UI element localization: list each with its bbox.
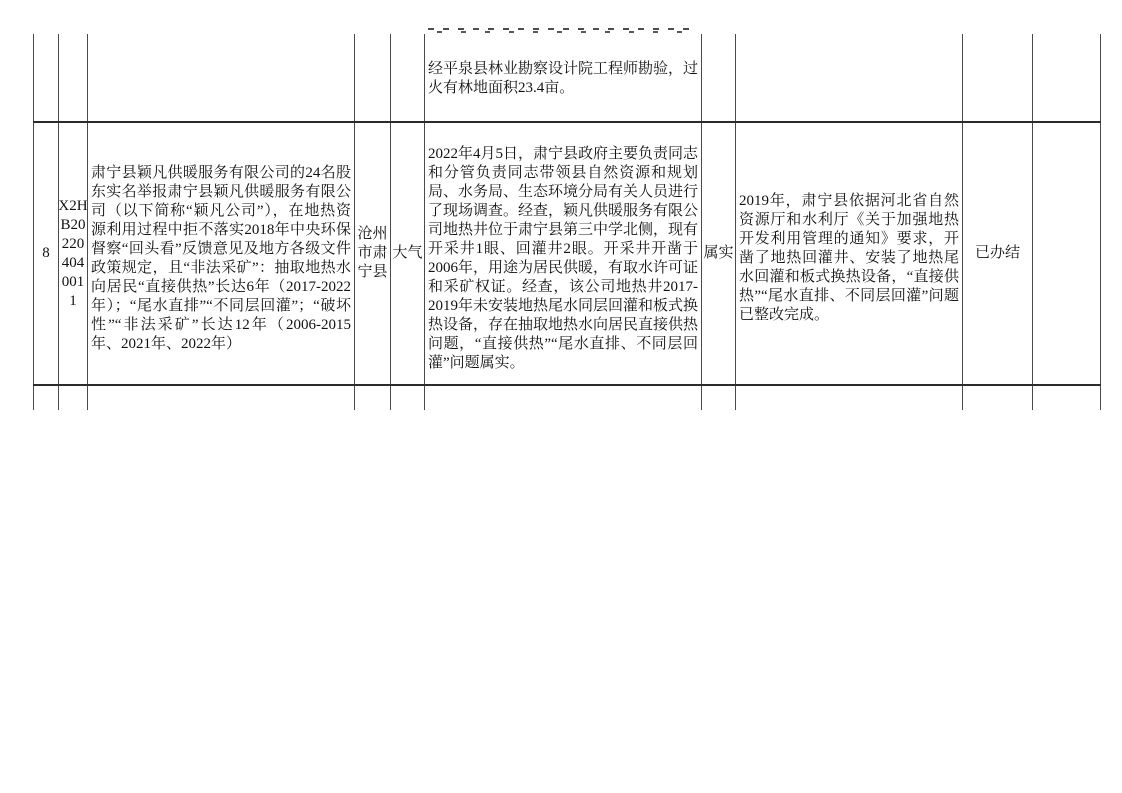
category-text: 大气	[392, 244, 422, 263]
cell-region: 沧州市肃宁县	[355, 123, 391, 384]
investigation-tail-text: 经平泉县林业勘察设计院工程师勘验，过火有林地面积23.4亩。	[428, 60, 698, 98]
row-8: 8 X2H B20 220 404 001 1 肃宁县颖凡供暖服务有限公司的24…	[33, 123, 1101, 386]
cell-complaint	[88, 386, 355, 410]
region-text: 沧州市肃宁县	[356, 225, 389, 282]
cell-serial	[33, 386, 59, 410]
cell-case-number	[59, 386, 88, 410]
row-next-partial	[33, 386, 1101, 410]
cell-serial: 8	[33, 123, 59, 384]
cell-category	[391, 386, 425, 410]
cell-category	[391, 34, 425, 121]
cell-handling	[736, 34, 963, 121]
clipped-text-remnant	[428, 31, 692, 33]
cell-handling	[736, 386, 963, 410]
cell-case-number	[59, 34, 88, 121]
cell-investigation-continued: 经平泉县林业勘察设计院工程师勘验，过火有林地面积23.4亩。	[425, 34, 702, 121]
cell-status	[963, 386, 1033, 410]
status-text: 已办结	[975, 244, 1020, 263]
cell-blank	[1033, 386, 1101, 410]
cell-verification	[702, 34, 736, 121]
cell-case-number: X2H B20 220 404 001 1	[59, 123, 88, 384]
clipped-text-remnant	[428, 28, 692, 30]
cell-region	[355, 34, 391, 121]
cell-handling: 2019年，肃宁县依据河北省自然资源厅和水利厅《关于加强地热开发利用管理的通知》…	[736, 123, 963, 384]
complaint-text: 肃宁县颖凡供暖服务有限公司的24名股东实名举报肃宁县颖凡供暖服务有限公司（以下简…	[91, 164, 351, 354]
case-number: X2H B20 220 404 001 1	[59, 197, 88, 311]
cell-blank	[1033, 34, 1101, 121]
cell-region	[355, 386, 391, 410]
cell-verification: 属实	[702, 123, 736, 384]
document-page: 经平泉县林业勘察设计院工程师勘验，过火有林地面积23.4亩。 8 X2H B20…	[0, 0, 1122, 793]
cell-blank	[1033, 123, 1101, 384]
serial-number: 8	[42, 244, 50, 263]
cell-category: 大气	[391, 123, 425, 384]
cell-status: 已办结	[963, 123, 1033, 384]
cell-investigation: 2022年4月5日，肃宁县政府主要负责同志和分管负责同志带领县自然资源和规划局、…	[425, 123, 702, 384]
cell-investigation	[425, 386, 702, 410]
cell-status	[963, 34, 1033, 121]
cell-serial	[33, 34, 59, 121]
handling-text: 2019年，肃宁县依据河北省自然资源厅和水利厅《关于加强地热开发利用管理的通知》…	[739, 192, 959, 325]
cell-verification	[702, 386, 736, 410]
cell-complaint	[88, 34, 355, 121]
verification-text: 属实	[703, 244, 733, 263]
cell-complaint: 肃宁县颖凡供暖服务有限公司的24名股东实名举报肃宁县颖凡供暖服务有限公司（以下简…	[88, 123, 355, 384]
ledger-table-fragment: 经平泉县林业勘察设计院工程师勘验，过火有林地面积23.4亩。 8 X2H B20…	[33, 34, 1101, 410]
row-continuation: 经平泉县林业勘察设计院工程师勘验，过火有林地面积23.4亩。	[33, 34, 1101, 123]
investigation-text: 2022年4月5日，肃宁县政府主要负责同志和分管负责同志带领县自然资源和规划局、…	[428, 145, 698, 373]
